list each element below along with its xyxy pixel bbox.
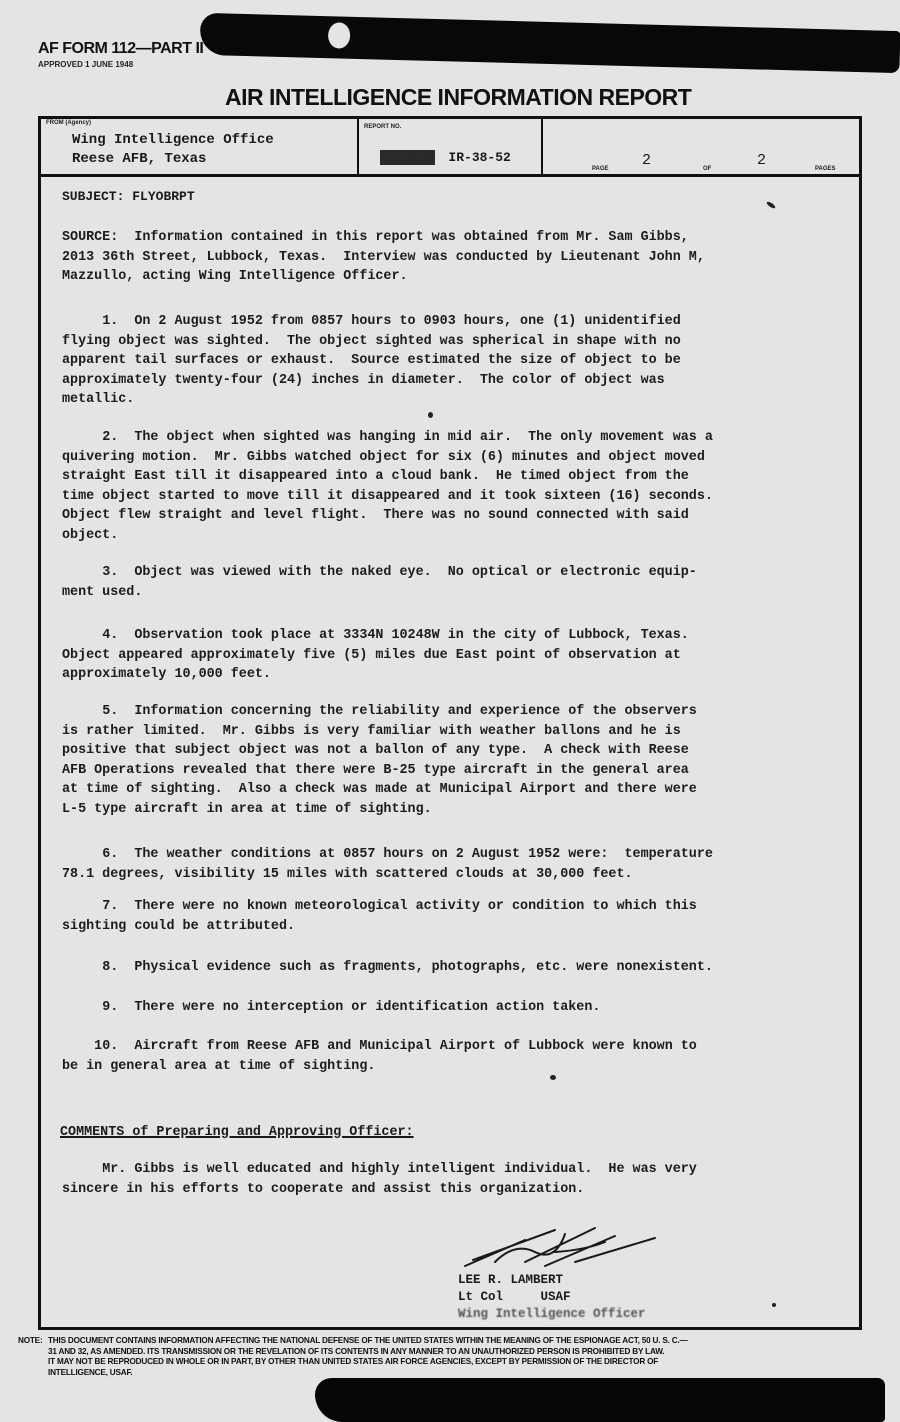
source-text: Information contained in this report was…	[62, 230, 705, 284]
page-label: PAGE	[592, 166, 609, 172]
signer-title: Wing Intelligence Officer	[458, 1306, 646, 1323]
subject-label: SUBJECT:	[62, 189, 124, 204]
note-line: IT MAY NOT BE REPRODUCED IN WHOLE OR IN …	[18, 1357, 868, 1368]
report-number-value: IR-38-52	[448, 150, 510, 165]
pages-label: PAGES	[815, 166, 836, 172]
paragraph-10: 10. Aircraft from Reese AFB and Municipa…	[62, 1037, 842, 1076]
paragraph-4: 4. Observation took place at 3334N 10248…	[62, 626, 842, 685]
paragraph-6: 6. The weather conditions at 0857 hours …	[62, 845, 842, 884]
form-id: AF FORM 112—PART II	[38, 40, 203, 58]
redaction-bar-bottom	[315, 1378, 885, 1422]
report-no-label: REPORT NO.	[364, 124, 401, 130]
report-title: AIR INTELLIGENCE INFORMATION REPORT	[225, 84, 691, 111]
footer-security-note: NOTE:THIS DOCUMENT CONTAINS INFORMATION …	[18, 1336, 868, 1378]
signature-block: LEE R. LAMBERTLt Col USAFWing Intelligen…	[458, 1272, 646, 1323]
paragraph-5: 5. Information concerning the reliabilit…	[62, 702, 842, 819]
paragraph-8: 8. Physical evidence such as fragments, …	[62, 958, 842, 978]
comments-text: Mr. Gibbs is well educated and highly in…	[62, 1160, 842, 1199]
signer-name: LEE R. LAMBERT	[458, 1272, 646, 1289]
redaction-bar-top	[200, 13, 900, 73]
from-agency-line: Wing Intelligence Office	[72, 131, 274, 150]
page-number: 2	[642, 152, 651, 169]
source-paragraph: SOURCE: Information contained in this re…	[62, 228, 842, 287]
paragraph-3: 3. Object was viewed with the naked eye.…	[62, 563, 842, 602]
note-line: 31 AND 32, AS AMENDED. ITS TRANSMISSION …	[18, 1347, 868, 1358]
scan-speck	[550, 1075, 556, 1080]
subject-value: FLYOBRPT	[132, 189, 194, 204]
header-divider	[357, 116, 359, 177]
subject-line: SUBJECT: FLYOBRPT	[62, 189, 195, 204]
note-label: NOTE:	[18, 1336, 48, 1347]
paragraph-9: 9. There were no interception or identif…	[62, 998, 842, 1018]
report-number-struck: XXXXXXX	[380, 150, 435, 165]
signer-rank: Lt Col USAF	[458, 1289, 646, 1306]
note-line: THIS DOCUMENT CONTAINS INFORMATION AFFEC…	[48, 1336, 688, 1345]
total-pages: 2	[757, 152, 766, 169]
header-divider	[541, 116, 543, 177]
scan-speck	[428, 412, 433, 418]
paragraph-7: 7. There were no known meteorological ac…	[62, 897, 842, 936]
handwritten-signature	[455, 1222, 665, 1270]
from-label: FROM (Agency)	[46, 120, 91, 126]
from-agency-line: Reese AFB, Texas	[72, 150, 274, 169]
scan-speck	[772, 1303, 776, 1307]
from-agency: Wing Intelligence Office Reese AFB, Texa…	[72, 131, 274, 169]
of-label: OF	[703, 166, 711, 172]
report-number: XXXXXXX IR-38-52	[380, 150, 511, 165]
paragraph-1: 1. On 2 August 1952 from 0857 hours to 0…	[62, 312, 842, 410]
paragraph-2: 2. The object when sighted was hanging i…	[62, 428, 842, 545]
comments-header: COMMENTS of Preparing and Approving Offi…	[60, 1125, 414, 1140]
source-label: SOURCE:	[62, 230, 118, 245]
form-approved-date: APPROVED 1 JUNE 1948	[38, 60, 133, 69]
note-line: INTELLIGENCE, USAF.	[18, 1368, 868, 1379]
